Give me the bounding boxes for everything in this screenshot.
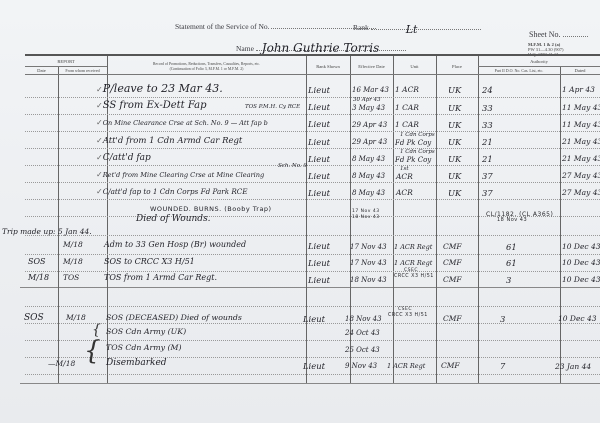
check-mark-icon: ✓ bbox=[96, 153, 103, 162]
date-row-9: SOS bbox=[28, 257, 46, 267]
name-label-text: Name bbox=[236, 44, 254, 53]
unit-top-row-10: CSEC bbox=[404, 268, 418, 273]
record-row-7: Died of Wounds. bbox=[136, 214, 211, 224]
brace-top-icon: { bbox=[92, 325, 101, 335]
record-row-4: ✓C/att'd fap bbox=[96, 153, 151, 163]
divider-unit bbox=[436, 56, 437, 287]
header-from-whom: From whom received bbox=[58, 68, 107, 73]
part2-row-8: 61 bbox=[506, 242, 517, 252]
name-field: John Guthrie Torris bbox=[256, 50, 406, 51]
dated-row-5: 27 May 43 bbox=[562, 171, 600, 181]
record-row-6: ✓C/att'd fap to 1 Cdn Corps Fd Park RCE bbox=[96, 187, 248, 197]
eff-row-1: 3 May 43 bbox=[352, 103, 385, 113]
header-authority: Authority bbox=[478, 59, 600, 64]
table-top-border bbox=[25, 54, 600, 56]
unit-row-0: 1 ACR bbox=[395, 85, 419, 95]
check-mark-icon: ✓ bbox=[96, 187, 103, 196]
check-mark-icon: ✓ bbox=[96, 136, 103, 145]
part2-row-5: 37 bbox=[482, 171, 493, 181]
place-row-3: UK bbox=[448, 137, 461, 147]
eff-row-2: 29 Apr 43 bbox=[352, 120, 387, 130]
unit-row-11: CRCC X3 H/51 bbox=[388, 313, 428, 319]
sheet-label-text: Sheet No. bbox=[529, 30, 561, 39]
record-row-2: ✓On Mine Clearance Crse at Sch. No. 9 — … bbox=[96, 118, 268, 128]
date-row-11: SOS bbox=[24, 313, 44, 323]
row-rule bbox=[25, 199, 600, 200]
row-rule bbox=[25, 148, 600, 149]
record-row-8: Adm to 33 Gen Hosp (Br) wounded bbox=[104, 240, 246, 250]
part2-row-14: 7 bbox=[500, 361, 505, 371]
unit-row-1: 1 CAR bbox=[395, 103, 419, 113]
unit-row-3: Fd Pk Coy bbox=[395, 138, 431, 148]
divider-rank bbox=[350, 56, 351, 287]
eff-row-4: 8 May 43 bbox=[352, 154, 385, 164]
record-row-5: ✓Ret'd from Mine Clearing Crse at Mine C… bbox=[96, 170, 264, 180]
record-row-1: ✓SS from Ex-Dett Fap bbox=[96, 101, 207, 111]
place-row-8: CMF bbox=[443, 242, 462, 252]
eff-row-5: 8 May 43 bbox=[352, 171, 385, 181]
record-row-13: TOS Cdn Army (M) bbox=[106, 343, 182, 353]
statement-label: Statement of the Service of No. bbox=[175, 22, 376, 31]
service-record-page: Statement of the Service of No. Rank Lt … bbox=[0, 0, 600, 423]
unit-row-10: CRCC X3 H/51 bbox=[394, 274, 434, 280]
eff-bottom-row-7: 18 Nov 43 bbox=[352, 215, 380, 220]
unit-row-2: 1 CAR bbox=[395, 120, 419, 130]
divider-unit-lower bbox=[436, 287, 437, 383]
statement-label-text: Statement of the Service of No. bbox=[175, 22, 270, 31]
rank-row-3: Lieut bbox=[308, 137, 330, 147]
place-row-1: UK bbox=[448, 103, 461, 113]
check-mark-icon: ✓ bbox=[96, 118, 103, 127]
check-mark-icon: ✓ bbox=[96, 101, 103, 110]
record-row-11: SOS (DECEASED) Died of wounds bbox=[106, 313, 242, 323]
header-report: REPORT bbox=[25, 59, 107, 64]
from-row-9: M/18 bbox=[63, 257, 83, 267]
rank-label-text: Rank bbox=[353, 23, 369, 32]
part2-row-6: 37 bbox=[482, 188, 493, 198]
rank-row-4: Lieut bbox=[308, 154, 330, 164]
unit-row-14: 1 ACR Regt bbox=[387, 361, 425, 371]
part2-row-9: 61 bbox=[506, 258, 517, 268]
from-row-10: TOS bbox=[63, 273, 79, 283]
header-place: Place bbox=[436, 64, 478, 69]
eff-row-11: 18 Nov 43 bbox=[345, 314, 382, 324]
rank-row-14: Lieut bbox=[303, 361, 325, 371]
brace-icon: { bbox=[84, 338, 101, 364]
unit-row-8: 1 ACR Regt bbox=[394, 242, 432, 252]
rank-row-6: Lieut bbox=[308, 188, 330, 198]
record-row-14: Disembarked bbox=[106, 358, 167, 368]
dated-row-8: 10 Dec 43 bbox=[562, 242, 600, 252]
divider-record bbox=[306, 56, 307, 287]
name-value: John Guthrie Torris bbox=[262, 41, 379, 55]
place-row-5: UK bbox=[448, 171, 461, 181]
report-sub-rule bbox=[25, 66, 107, 67]
rank-row-0: Lieut bbox=[308, 85, 330, 95]
rank-label: Rank Lt bbox=[353, 23, 481, 32]
place-row-2: UK bbox=[448, 120, 461, 130]
record-row-3: ✓Att'd from 1 Cdn Armd Car Regt bbox=[96, 136, 242, 146]
place-row-4: UK bbox=[448, 154, 461, 164]
part2-row-3: 21 bbox=[482, 137, 493, 147]
place-row-10: CMF bbox=[443, 275, 462, 285]
rank-row-9: Lieut bbox=[308, 258, 330, 268]
sheet-number-field bbox=[563, 36, 588, 37]
eff-row-6: 8 May 43 bbox=[352, 188, 385, 198]
part2-row-11: 3 bbox=[500, 314, 505, 324]
record-row-10: TOS from 1 Armd Car Regt. bbox=[104, 273, 217, 283]
header-rank-shown: Rank Shown bbox=[306, 64, 350, 69]
header-bottom-rule bbox=[25, 74, 600, 75]
row-rule bbox=[25, 271, 600, 272]
header-date: Date bbox=[25, 68, 58, 73]
dated-row-6: 27 May 43 bbox=[562, 188, 600, 198]
part2-row-4: 21 bbox=[482, 154, 493, 164]
dated-row-10: 10 Dec 43 bbox=[562, 275, 600, 285]
rank-row-2: Lieut bbox=[308, 119, 330, 129]
row-rule bbox=[25, 131, 600, 132]
place-row-11: CMF bbox=[443, 314, 462, 324]
eff-row-13: 25 Oct 43 bbox=[345, 345, 380, 355]
dated-row-2: 11 May 43 bbox=[562, 120, 600, 130]
record-row-9: SOS to CRCC X3 H/51 bbox=[104, 257, 195, 267]
eff-row-0: 16 Mar 43 bbox=[352, 85, 389, 95]
rank-field: Lt bbox=[371, 29, 481, 30]
eff-row-9: 17 Nov 43 bbox=[350, 258, 387, 268]
row-rule bbox=[25, 97, 600, 98]
rank-row-5: Lieut bbox=[308, 171, 330, 181]
check-mark-icon: ✓ bbox=[96, 85, 103, 94]
place-row-6: UK bbox=[448, 188, 461, 198]
header-effective-date: Effective Date bbox=[350, 64, 393, 69]
date-row-10: M/18 bbox=[28, 273, 49, 283]
dated-row-14: 23 Jan 44 bbox=[555, 362, 591, 372]
part2-row-2: 33 bbox=[482, 120, 493, 130]
name-label: Name John Guthrie Torris bbox=[236, 44, 406, 53]
dated-row-9: 10 Dec 43 bbox=[562, 258, 600, 268]
eff-row-12: 24 Oct 43 bbox=[345, 328, 380, 338]
part2-row-1: 33 bbox=[482, 103, 493, 113]
rank-row-11: Lieut bbox=[303, 314, 325, 324]
eff-row-14: 9 Nov 43 bbox=[345, 361, 377, 371]
unit-top-row-11: CSEC bbox=[398, 307, 412, 312]
check-mark-icon: ✓ bbox=[96, 170, 103, 179]
divider-place-lower bbox=[478, 287, 479, 383]
record-note-row-5: Sch. No. 9 bbox=[278, 163, 307, 169]
eff-row-3: 29 Apr 43 bbox=[352, 137, 387, 147]
dated-row-0: 1 Apr 43 bbox=[562, 85, 595, 95]
header-record-sub: (Continuation of Folio 3, M.F.M. 1 or M.… bbox=[107, 67, 306, 72]
eff-row-10: 18 Nov 43 bbox=[350, 275, 387, 285]
rank-row-8: Lieut bbox=[308, 241, 330, 251]
unit-row-4: Fd Pk Coy bbox=[395, 155, 431, 165]
part2-sub-row-7: 18 Nov 43 bbox=[497, 218, 527, 223]
eff-row-7: 17 Nov 43 bbox=[352, 209, 380, 214]
rank-row-1: Lieut bbox=[308, 102, 330, 112]
part2-row-10: 3 bbox=[506, 275, 511, 285]
row-rule bbox=[25, 182, 600, 183]
dated-row-4: 21 May 43 bbox=[562, 154, 600, 164]
row-rule bbox=[25, 114, 600, 115]
dated-row-1: 11 May 43 bbox=[562, 103, 600, 113]
part2-row-0: 24 bbox=[482, 85, 493, 95]
record-caps-row-7: WOUNDED. BURNS. (Booby Trap) bbox=[150, 204, 272, 214]
rank-value: Lt bbox=[406, 23, 418, 36]
divider-eff bbox=[393, 56, 394, 287]
from-row-8: M/18 bbox=[63, 240, 83, 250]
authority-sub-rule bbox=[478, 66, 600, 67]
header-dated: Dated bbox=[560, 68, 600, 73]
row-rule bbox=[25, 306, 600, 307]
from-row-14: —M/18 bbox=[48, 359, 75, 369]
record-row-12: SOS Cdn Army (UK) bbox=[106, 327, 186, 337]
unit-row-9: 1 ACR Regt bbox=[394, 258, 432, 268]
header-part2: Part II D.O. No. Cas. List, etc. bbox=[478, 68, 560, 73]
dated-row-11: 10 Dec 43 bbox=[558, 314, 597, 324]
header-unit: Unit bbox=[393, 64, 436, 69]
place-row-14: CMF bbox=[441, 361, 460, 371]
place-row-9: CMF bbox=[443, 258, 462, 268]
unit-row-6: ACR bbox=[396, 188, 413, 198]
row-rule bbox=[25, 374, 600, 375]
eff-row-8: 17 Nov 43 bbox=[350, 242, 387, 252]
sheet-label: Sheet No. bbox=[529, 30, 588, 39]
margin-note: Trip made up: 5 Jan 44. bbox=[2, 227, 92, 237]
place-row-0: UK bbox=[448, 85, 461, 95]
from-row-11: M/18 bbox=[66, 313, 86, 323]
record-note-row-1: TOS P.M.H. Cy RCE bbox=[245, 104, 300, 110]
table-end-rule bbox=[20, 383, 600, 384]
rank-row-10: Lieut bbox=[308, 275, 330, 285]
record-row-0: ✓P/leave to 23 Mar 43. bbox=[96, 84, 223, 95]
unit-row-5: ACR bbox=[396, 172, 413, 182]
row-rule bbox=[25, 254, 600, 255]
divider-place bbox=[478, 56, 479, 287]
row-rule bbox=[25, 165, 600, 166]
row-rule bbox=[25, 235, 600, 236]
row-rule bbox=[25, 340, 600, 341]
header-record: Record of Promotions, Reductions, Transf… bbox=[107, 62, 306, 72]
dated-row-3: 21 May 43 bbox=[562, 137, 600, 147]
